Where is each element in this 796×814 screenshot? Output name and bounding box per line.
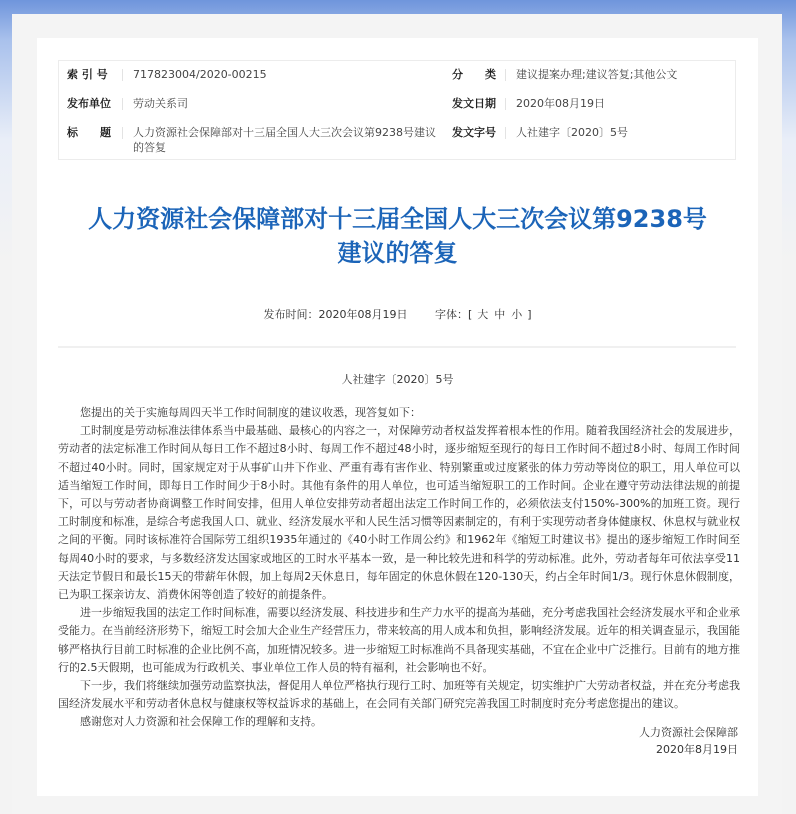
article-meta: 发布时间：2020年08月19日 字体：[大中小] xyxy=(40,306,755,322)
article-title-line1: 人力资源社会保障部对十三届全国人大三次会议第9238号 xyxy=(40,202,755,236)
signature: 人力资源社会保障部 2020年8月19日 xyxy=(639,724,738,758)
separator xyxy=(505,127,506,139)
separator xyxy=(122,69,123,81)
paragraph: 下一步，我们将继续加强劳动监察执法，督促用人单位严格执行现行工时、加班等有关规定… xyxy=(58,677,740,713)
document-number: 人社建字〔2020〕5号 xyxy=(40,371,755,387)
font-small-link[interactable]: 小 xyxy=(511,308,522,321)
signature-date: 2020年8月19日 xyxy=(639,741,738,758)
paragraph: 工时制度是劳动标准法律体系当中最基础、最核心的内容之一，对保障劳动者权益发挥着根… xyxy=(58,422,740,604)
font-medium-link[interactable]: 中 xyxy=(494,308,505,321)
font-large-link[interactable]: 大 xyxy=(477,308,488,321)
category-label: 分 类 xyxy=(452,68,496,82)
category-value: 建议提案办理;建议答复;其他公文 xyxy=(516,68,677,82)
index-no-value: 717823004/2020-00215 xyxy=(133,68,267,82)
metadata-table: 索 引 号 717823004/2020-00215 分 类 建议提案办理;建议… xyxy=(58,60,736,160)
paragraph: 进一步缩短我国的法定工作时间标准，需要以经济发展、科技进步和生产力水平的提高为基… xyxy=(58,604,740,677)
divider xyxy=(58,346,736,348)
doc-number-value: 人社建字〔2020〕5号 xyxy=(516,126,628,140)
issue-date-value: 2020年08月19日 xyxy=(516,97,605,111)
article-body: 您提出的关于实施每周四天半工作时间制度的建议收悉，现答复如下： 工时制度是劳动标… xyxy=(58,404,740,732)
title-label: 标 题 xyxy=(67,126,111,140)
issue-date-label: 发文日期 xyxy=(452,97,496,111)
font-size-control: 字体：[大中小] xyxy=(435,308,532,321)
separator xyxy=(505,69,506,81)
title-value-line2: 的答复 xyxy=(133,141,166,155)
article-title: 人力资源社会保障部对十三届全国人大三次会议第9238号 建议的答复 xyxy=(40,202,755,270)
signature-org: 人力资源社会保障部 xyxy=(639,724,738,741)
publisher-label: 发布单位 xyxy=(67,97,111,111)
paragraph: 感谢您对人力资源和社会保障工作的理解和支持。 xyxy=(58,713,740,731)
publish-time: 发布时间：2020年08月19日 xyxy=(263,308,407,321)
index-no-label: 索 引 号 xyxy=(67,68,108,82)
paragraph: 您提出的关于实施每周四天半工作时间制度的建议收悉，现答复如下： xyxy=(58,404,740,422)
separator xyxy=(505,98,506,110)
doc-number-label: 发文字号 xyxy=(452,126,496,140)
article-title-line2: 建议的答复 xyxy=(40,236,755,270)
title-value-line1: 人力资源社会保障部对十三届全国人大三次会议第9238号建议 xyxy=(133,126,436,140)
publisher-value: 劳动关系司 xyxy=(133,97,188,111)
separator xyxy=(122,98,123,110)
separator xyxy=(122,127,123,139)
